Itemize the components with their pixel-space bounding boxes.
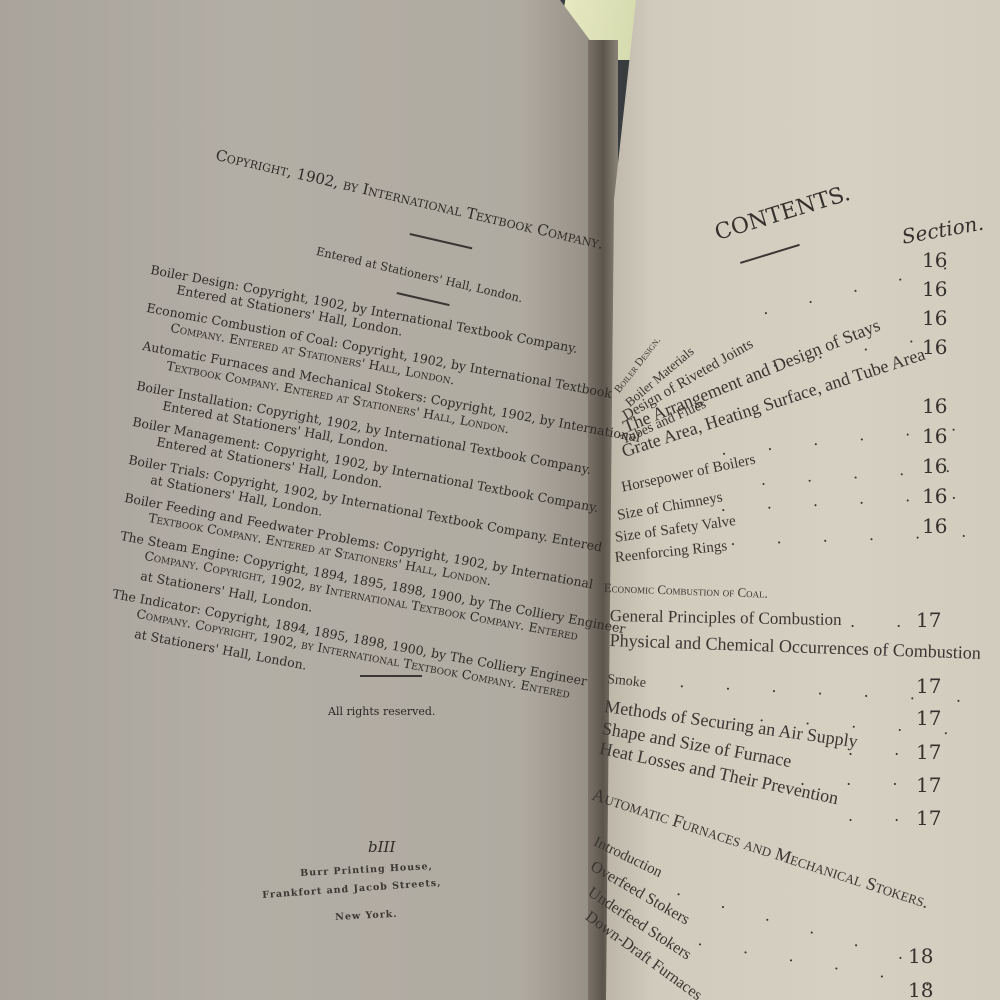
section-number: 17 bbox=[916, 608, 941, 632]
section-number: 16 bbox=[922, 277, 947, 301]
leader-dots: . . bbox=[848, 740, 917, 759]
leader-dots: . . bbox=[850, 612, 919, 631]
section-number: 16 bbox=[922, 394, 947, 418]
rights-reserved: All rights reserved. bbox=[328, 705, 435, 718]
leader-dots: . . . bbox=[800, 770, 915, 789]
section-number: 17 bbox=[916, 740, 941, 764]
toc-item: General Principles of Combustion bbox=[610, 606, 842, 630]
section-number: 17 bbox=[916, 806, 941, 830]
leader-dots: . . bbox=[848, 806, 917, 825]
section-number: 17 bbox=[916, 773, 941, 797]
printer-mark: bIII bbox=[368, 838, 395, 856]
divider bbox=[360, 675, 422, 677]
